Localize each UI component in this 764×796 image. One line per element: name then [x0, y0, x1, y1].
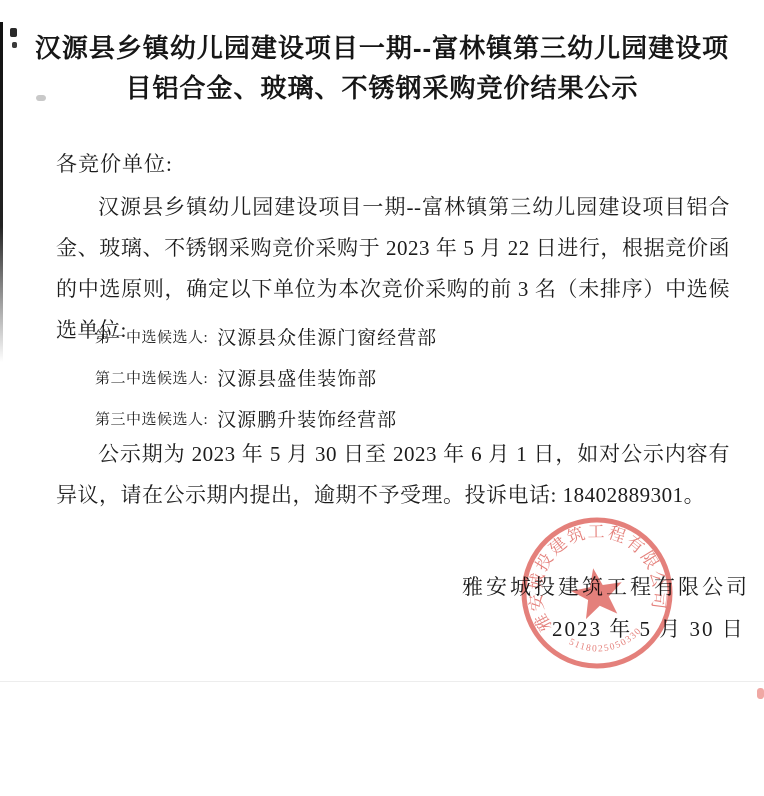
document-title-line-1: 汉源县乡镇幼儿园建设项目一期--富林镇第三幼儿园建设项: [32, 28, 732, 68]
candidate-3-label: 第三中选候选人:: [95, 408, 208, 429]
scan-speck: [12, 42, 17, 48]
body-paragraph-2: 公示期为 2023 年 5 月 30 日至 2023 年 6 月 1 日，如对公…: [56, 434, 730, 516]
signature-company: 雅安城投建筑工程有限公司: [462, 571, 750, 601]
candidate-row-1: 第一中选候选人: 汉源县众佳源门窗经营部: [95, 316, 655, 357]
scanned-document-page: 汉源县乡镇幼儿园建设项目一期--富林镇第三幼儿园建设项 目铝合金、玻璃、不锈钢采…: [0, 0, 764, 796]
scan-edge-artifact: [0, 22, 3, 362]
candidate-row-3: 第三中选候选人: 汉源鹏升装饰经营部: [95, 398, 655, 439]
candidate-3-name: 汉源鹏升装饰经营部: [217, 405, 397, 432]
scan-speck: [10, 28, 17, 37]
scan-red-speck: [757, 688, 764, 699]
salutation: 各竞价单位:: [56, 148, 173, 178]
document-title: 汉源县乡镇幼儿园建设项目一期--富林镇第三幼儿园建设项 目铝合金、玻璃、不锈钢采…: [32, 28, 732, 108]
candidate-2-name: 汉源县盛佳装饰部: [217, 364, 377, 391]
candidate-list: 第一中选候选人: 汉源县众佳源门窗经营部 第二中选候选人: 汉源县盛佳装饰部 第…: [95, 316, 655, 439]
candidate-row-2: 第二中选候选人: 汉源县盛佳装饰部: [95, 357, 655, 398]
candidate-2-label: 第二中选候选人:: [95, 367, 208, 388]
candidate-1-name: 汉源县众佳源门窗经营部: [217, 323, 437, 350]
scan-band-line: [0, 681, 764, 682]
candidate-1-label: 第一中选候选人:: [95, 326, 208, 347]
document-title-line-2: 目铝合金、玻璃、不锈钢采购竞价结果公示: [32, 68, 732, 108]
signature-date: 2023 年 5 月 30 日: [552, 613, 745, 643]
